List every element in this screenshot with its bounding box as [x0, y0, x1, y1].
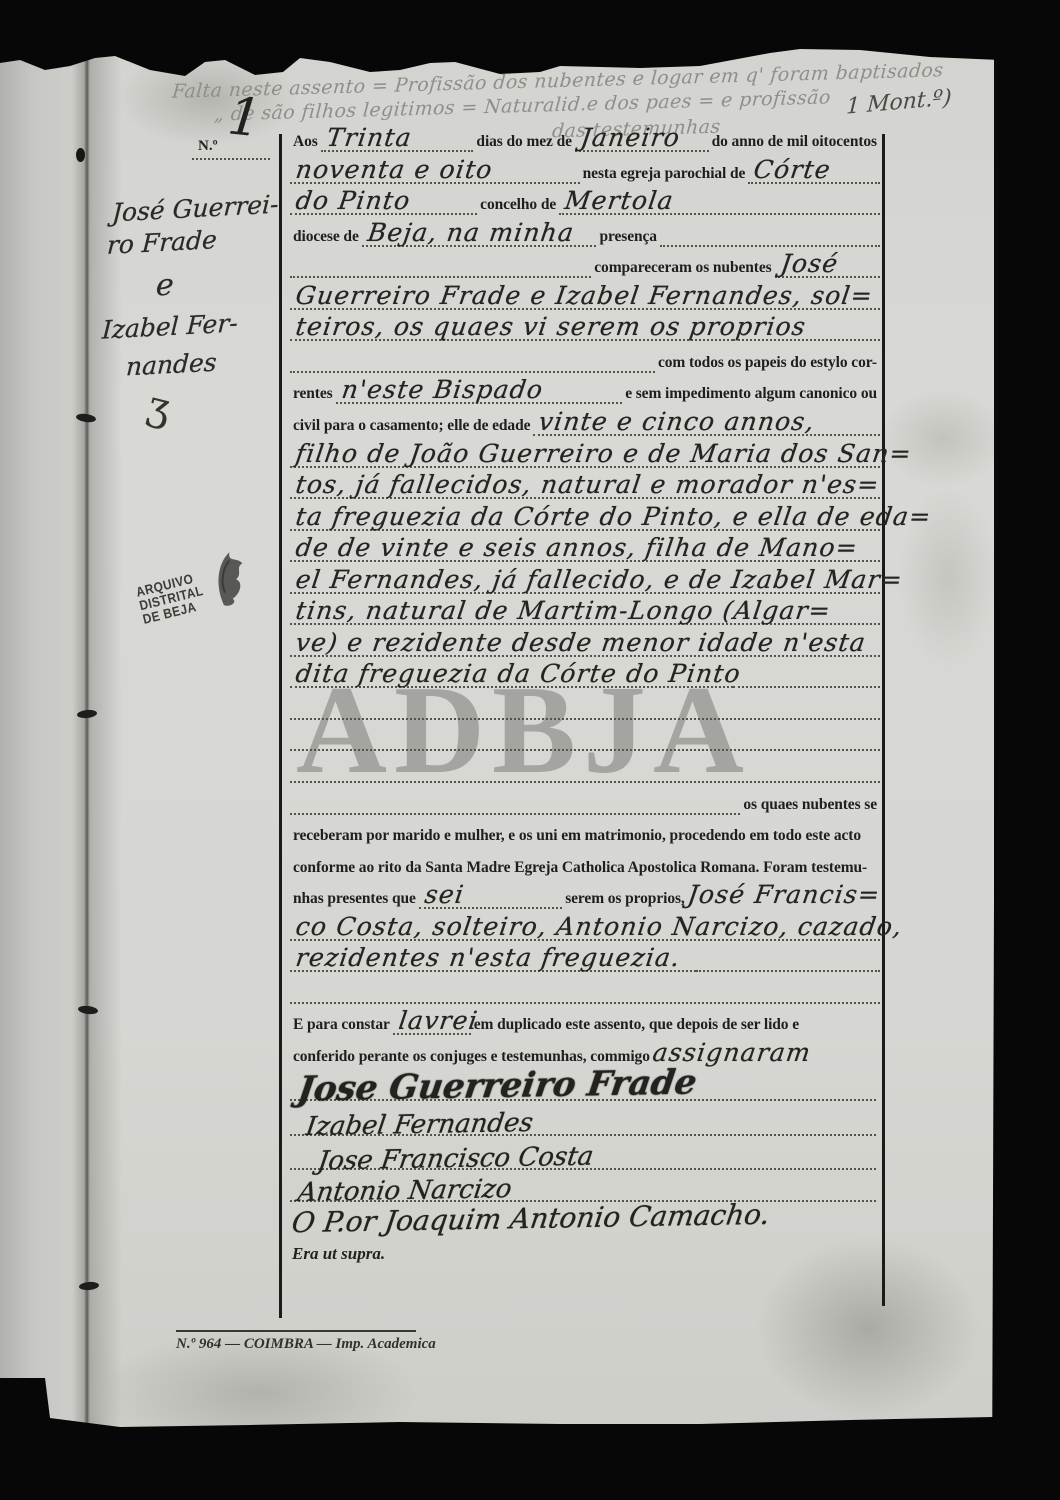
- printed-text: receberam por marido e mulher, e os uni …: [290, 827, 864, 846]
- binding-fold-line: [84, 48, 90, 1438]
- printed-text: com todos os papeis do estylo cor-: [655, 354, 880, 373]
- handwritten-text: lavrei: [397, 1006, 480, 1035]
- filled-field: rezidentes n'esta freguezia.: [290, 942, 696, 972]
- dotted-line: [290, 721, 880, 751]
- form-row-7: teiros, os quaes vi serem os proprios: [290, 313, 880, 341]
- record-number-label: N.º: [198, 138, 218, 155]
- form-row-8: com todos os papeis do estylo cor-: [290, 345, 880, 373]
- filled-field: ve) e rezidente desde menor idade n'esta: [290, 627, 880, 657]
- filled-field: de de vinte e seis annos, filha de Mano=: [290, 532, 880, 562]
- form-row-21: [290, 755, 880, 783]
- filled-field: tos, já fallecidos, natural e morador n'…: [290, 469, 880, 499]
- printed-text: presença: [596, 228, 659, 247]
- dotted-line: [290, 690, 880, 720]
- form-row-4: diocese deBeja, na minhapresença: [290, 219, 880, 247]
- printed-text: serem os proprios,: [562, 890, 687, 909]
- dotted-line: [733, 311, 881, 341]
- margin-name-line: ro Frade: [106, 225, 217, 260]
- handwritten-text: José: [779, 249, 841, 278]
- filled-field: tins, natural de Martim-Longo (Algar=: [290, 595, 880, 625]
- filled-field: do Pinto: [290, 185, 477, 215]
- printed-text: concelho de: [477, 196, 559, 215]
- form-row-30: conferido perante os conjuges e testemun…: [290, 1039, 880, 1067]
- filled-field: ta freguezia da Córte do Pinto, e ella d…: [290, 501, 880, 531]
- filled-field: sei: [419, 879, 562, 909]
- form-row-6: Guerreiro Frade e Izabel Fernandes, sol=: [290, 282, 880, 310]
- handwritten-text: tos, já fallecidos, natural e morador n'…: [294, 470, 882, 499]
- form-row-12: tos, já fallecidos, natural e morador n'…: [290, 471, 880, 499]
- printed-text: rentes: [290, 385, 336, 404]
- form-row-18: dita freguezia da Córte do Pinto: [290, 660, 880, 688]
- dotted-line: [696, 942, 880, 972]
- margin-name-line: nandes: [125, 348, 217, 382]
- printed-text: Aos: [290, 133, 321, 152]
- handwritten-text: Beja, na minha: [366, 218, 576, 247]
- handwritten-text: sei: [423, 880, 466, 909]
- handwritten-text: el Fernandes, já fallecido, e de Izabel …: [294, 565, 905, 594]
- printed-text: do anno de mil oitocentos: [709, 133, 880, 152]
- form-row-23: receberam por marido e mulher, e os uni …: [290, 818, 880, 846]
- handwritten-text: ve) e rezidente desde menor idade n'esta: [294, 628, 868, 657]
- filled-field: dita freguezia da Córte do Pinto: [290, 658, 733, 688]
- form-row-24: conforme ao rito da Santa Madre Egreja C…: [290, 850, 880, 878]
- form-row-17: ve) e rezidente desde menor idade n'esta: [290, 629, 880, 657]
- handwritten-text: vinte e cinco annos,: [537, 407, 817, 436]
- handwritten-text: teiros, os quaes vi serem os proprios: [294, 312, 808, 341]
- filled-field: noventa e oito: [290, 154, 580, 184]
- printed-text: diocese de: [290, 228, 362, 247]
- handwritten-text: Mertola: [563, 186, 676, 215]
- dotted-line: [290, 974, 880, 1004]
- handwritten-text: José Francis=: [686, 880, 882, 909]
- binding-edge: [0, 40, 90, 1440]
- handwritten-text: Córte: [752, 155, 833, 184]
- form-row-13: ta freguezia da Córte do Pinto, e ella d…: [290, 503, 880, 531]
- filled-field: Córte: [748, 154, 880, 184]
- form-row-19: [290, 692, 880, 720]
- form-row-2: noventa e oitonesta egreja parochial deC…: [290, 156, 880, 184]
- handwritten-text: do Pinto: [294, 186, 413, 215]
- filled-field: teiros, os quaes vi serem os proprios: [290, 311, 733, 341]
- handwritten-text: dita freguezia da Córte do Pinto: [294, 659, 743, 688]
- handwritten-text: Guerreiro Frade e Izabel Fernandes, sol=: [294, 281, 875, 310]
- printed-text: em duplicado este assento, que depois de…: [471, 1016, 802, 1035]
- form-row-11: filho de João Guerreiro e de Maria dos S…: [290, 440, 880, 468]
- handwritten-text: co Costa, solteiro, Antonio Narcizo, caz…: [294, 912, 905, 941]
- printed-text: nhas presentes que: [290, 890, 419, 909]
- filled-field: lavrei: [393, 1005, 471, 1035]
- filled-field: el Fernandes, já fallecido, e de Izabel …: [290, 564, 880, 594]
- signature-3: Jose Francisco Costa: [316, 1142, 596, 1177]
- handwritten-text: Trinta: [325, 123, 414, 152]
- signature-2: Izabel Fernandes: [304, 1108, 535, 1142]
- form-row-3: do Pintoconcelho deMertola: [290, 187, 880, 215]
- form-row-22: os quaes nubentes se: [290, 787, 880, 815]
- document-scan: ADBJA Falta neste assento = Profissão do…: [0, 0, 1060, 1500]
- printed-text: dias do mez de: [473, 133, 574, 152]
- form-row-16: tins, natural de Martim-Longo (Algar=: [290, 597, 880, 625]
- filled-field: Janeiro: [575, 122, 709, 152]
- handwritten-text: ta freguezia da Córte do Pinto, e ella d…: [294, 502, 934, 531]
- dotted-line: [660, 217, 880, 247]
- printed-text: E para constar: [290, 1016, 393, 1035]
- form-row-26: co Costa, solteiro, Antonio Narcizo, caz…: [290, 913, 880, 941]
- dotted-line: [733, 658, 881, 688]
- handwritten-text: Janeiro: [579, 123, 682, 152]
- form-row-5: compareceram os nubentesJosé: [290, 250, 880, 278]
- record-number-value: 1: [225, 86, 264, 149]
- printed-text: os quaes nubentes se: [740, 796, 880, 815]
- handwritten-text: tins, natural de Martim-Longo (Algar=: [294, 596, 833, 625]
- signature-1: Jose Guerreiro Frade: [295, 1062, 699, 1109]
- binding-hole: [76, 148, 85, 162]
- record-number-line: [192, 158, 270, 160]
- form-row-28: [290, 976, 880, 1004]
- right-rule: [882, 134, 885, 1306]
- dotted-line: [290, 248, 591, 278]
- form-row-1: AosTrintadias do mez deJaneirodo anno de…: [290, 124, 880, 152]
- handwritten-text: noventa e oito: [294, 155, 495, 184]
- filled-field: Mertola: [559, 185, 880, 215]
- filled-field: n'este Bispado: [336, 374, 623, 404]
- handwritten-text: rezidentes n'esta freguezia.: [294, 943, 683, 972]
- handwritten-text: de de vinte e seis annos, filha de Mano=: [294, 533, 860, 562]
- form-row-29: E para constarlavreiem duplicado este as…: [290, 1007, 880, 1035]
- printed-text: civil para o casamento; elle de edade: [290, 417, 533, 436]
- handwritten-text: n'este Bispado: [340, 375, 545, 404]
- printed-text: e sem impedimento algum canonico ou: [622, 385, 880, 404]
- form-row-14: de de vinte e seis annos, filha de Mano=: [290, 534, 880, 562]
- form-row-15: el Fernandes, já fallecido, e de Izabel …: [290, 566, 880, 594]
- printed-text: conforme ao rito da Santa Madre Egreja C…: [290, 859, 870, 878]
- dotted-line: [290, 753, 880, 783]
- printed-text: nesta egreja parochial de: [580, 165, 749, 184]
- filled-field: co Costa, solteiro, Antonio Narcizo, caz…: [290, 911, 880, 941]
- dotted-line: [290, 785, 740, 815]
- filled-field: filho de João Guerreiro e de Maria dos S…: [290, 438, 880, 468]
- dotted-line: [290, 343, 655, 373]
- form-row-20: [290, 723, 880, 751]
- filled-field: vinte e cinco annos,: [533, 406, 880, 436]
- filled-field: Guerreiro Frade e Izabel Fernandes, sol=: [290, 280, 880, 310]
- filled-field: Beja, na minha: [362, 217, 597, 247]
- imprint-rule: [176, 1330, 416, 1332]
- form-row-9: rentesn'este Bispadoe sem impedimento al…: [290, 376, 880, 404]
- handwritten-text: filho de João Guerreiro e de Maria dos S…: [294, 439, 914, 468]
- closing-formula: Era ut supra.: [292, 1244, 385, 1264]
- filled-field: Trinta: [321, 122, 474, 152]
- printer-imprint: N.º 964 — COIMBRA — Imp. Academica: [176, 1336, 436, 1353]
- margin-rule: [279, 134, 282, 1318]
- printed-text: compareceram os nubentes: [591, 259, 774, 278]
- filled-field: José: [775, 248, 880, 278]
- margin-name-line: e: [155, 267, 175, 303]
- form-row-10: civil para o casamento; elle de edadevin…: [290, 408, 880, 436]
- form-row-27: rezidentes n'esta freguezia.: [290, 944, 880, 972]
- form-row-25: nhas presentes queseiserem os proprios,J…: [290, 881, 880, 909]
